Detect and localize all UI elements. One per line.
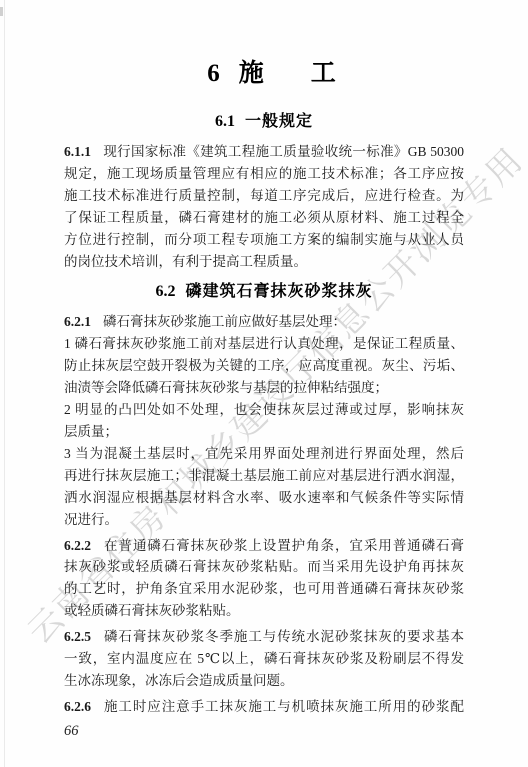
text-line: 抹灰砂浆或轻质磷石膏抹灰砂浆粘贴。而当采用先设护角再抹灰 (64, 556, 464, 578)
clause-number: 6.2.2 (64, 538, 91, 553)
section-title: 一般规定 (245, 113, 313, 130)
line-text: 在普通磷石膏抹灰砂浆上设置护角条，宜采用普通磷石膏 (103, 538, 464, 553)
line-text: 层质量； (64, 424, 118, 439)
chapter-heading: 6施 工 (77, 57, 477, 91)
line-text: 抹灰砂浆或轻质磷石膏抹灰砂浆粘贴。而当采用先设护角再抹灰 (64, 559, 464, 574)
clause-number: 6.2.6 (64, 699, 91, 714)
line-text: 3 当为混凝土基层时，宜先采用界面处理剂进行界面处理，然后 (64, 446, 464, 461)
chapter-title-text: 施 工 (239, 60, 347, 87)
section-number: 6.1 (215, 113, 235, 130)
body-blocks: 6.1一般规定6.1.1现行国家标准《建筑工程施工质量验收统一标准》GB 503… (64, 112, 464, 718)
line-text: 施工技术标准进行质量控制，每道工序完成后，应进行检查。为 (64, 188, 464, 203)
line-text: 磷石膏抹灰砂浆冬季施工与传统水泥砂浆抹灰的要求基本 (103, 629, 464, 644)
text-line: 6.2.2在普通磷石膏抹灰砂浆上设置护角条，宜采用普通磷石膏 (64, 535, 464, 557)
page-number: 66 (64, 720, 464, 742)
line-text: 的工艺时，护角条宜采用水泥砂浆，也可用普通磷石膏抹灰砂浆 (64, 581, 464, 596)
text-line: 3 当为混凝土基层时，宜先采用界面处理剂进行界面处理，然后 (64, 443, 464, 465)
section-heading: 6.2磷建筑石膏抹灰砂浆抹灰 (64, 282, 464, 302)
text-line: 再进行抹灰层施工；非混凝土基层施工前应对基层进行洒水润湿， (64, 465, 464, 487)
text-line: 生冰冻现象，冰冻后会造成质量问题。 (64, 670, 464, 692)
text-line: 6.2.1磷石膏抹灰砂浆施工前应做好基层处理： (64, 311, 464, 333)
text-line: 洒水润湿应根据基层材料含水率、吸水速率和气候条件等实际情 (64, 487, 464, 509)
text-line: 况进行。 (64, 509, 464, 531)
line-text: 1 磷石膏抹灰砂浆施工前对基层进行认真处理，是保证工程质量、 (64, 336, 464, 351)
line-text: 2 明显的凸凹处如不处理，也会使抹灰层过薄或过厚，影响抹灰 (64, 402, 464, 417)
text-line: 或轻质磷石膏抹灰砂浆粘贴。 (64, 600, 464, 622)
text-line: 方位进行控制，而分项工程专项施工方案的编制实施与从业人员 (64, 229, 464, 251)
text-line: 防止抹灰层空鼓开裂极为关键的工序，应高度重视。灰尘、污垢、 (64, 355, 464, 377)
text-line: 6.2.6施工时应注意手工抹灰施工与机喷抹灰施工所用的砂浆配 (64, 696, 464, 718)
line-text: 了保证工程质量，磷石膏建材的施工必须从原材料、施工过程全 (64, 210, 464, 225)
section-number: 6.2 (155, 283, 175, 300)
line-text: 况进行。 (64, 512, 118, 527)
text-line: 6.1.1现行国家标准《建筑工程施工质量验收统一标准》GB 50300 (64, 141, 464, 163)
chapter-number: 6 (207, 60, 220, 87)
page-content: 6施 工 6.1一般规定6.1.1现行国家标准《建筑工程施工质量验收统一标准》G… (64, 0, 464, 742)
scan-corner-mark (0, 7, 3, 16)
line-text: 防止抹灰层空鼓开裂极为关键的工序，应高度重视。灰尘、污垢、 (64, 358, 464, 373)
text-line: 规定，施工现场质量管理应有相应的施工技术标准；各工序应按 (64, 163, 464, 185)
text-line: 的岗位技术培训，有利于提高工程质量。 (64, 251, 464, 273)
text-line: 层质量； (64, 421, 464, 443)
line-text: 规定，施工现场质量管理应有相应的施工技术标准；各工序应按 (64, 166, 464, 181)
text-line: 6.2.5磷石膏抹灰砂浆冬季施工与传统水泥砂浆抹灰的要求基本 (64, 626, 464, 648)
paragraph: 6.2.5磷石膏抹灰砂浆冬季施工与传统水泥砂浆抹灰的要求基本一致，室内温度应在 … (64, 626, 464, 692)
line-text: 的岗位技术培训，有利于提高工程质量。 (64, 254, 307, 269)
section-heading: 6.1一般规定 (64, 112, 464, 132)
line-text: 方位进行控制，而分项工程专项施工方案的编制实施与从业人员 (64, 232, 464, 247)
document-page: 云南省住房和城乡建设厅信息公开浏览专用 6施 工 6.1一般规定6.1.1现行国… (0, 0, 528, 767)
text-line: 2 明显的凸凹处如不处理，也会使抹灰层过薄或过厚，影响抹灰 (64, 399, 464, 421)
section-title: 磷建筑石膏抹灰砂浆抹灰 (185, 283, 372, 300)
text-line: 1 磷石膏抹灰砂浆施工前对基层进行认真处理，是保证工程质量、 (64, 333, 464, 355)
line-text: 施工时应注意手工抹灰施工与机喷抹灰施工所用的砂浆配 (103, 699, 464, 714)
paragraph: 6.2.2在普通磷石膏抹灰砂浆上设置护角条，宜采用普通磷石膏抹灰砂浆或轻质磷石膏… (64, 535, 464, 623)
line-text: 油渍等会降低磷石膏抹灰砂浆与基层的拉伸粘结强度； (64, 380, 388, 395)
text-line: 油渍等会降低磷石膏抹灰砂浆与基层的拉伸粘结强度； (64, 377, 464, 399)
line-text: 生冰冻现象，冰冻后会造成质量问题。 (64, 673, 294, 688)
line-text: 洒水润湿应根据基层材料含水率、吸水速率和气候条件等实际情 (64, 490, 464, 505)
paragraph: 6.2.6施工时应注意手工抹灰施工与机喷抹灰施工所用的砂浆配 (64, 696, 464, 718)
text-line: 一致，室内温度应在 5℃以上，磷石膏抹灰砂浆及粉刷层不得发 (64, 648, 464, 670)
line-text: 现行国家标准《建筑工程施工质量验收统一标准》GB 50300 (103, 144, 464, 159)
scan-edge-line (4, 0, 5, 767)
line-text: 一致，室内温度应在 5℃以上，磷石膏抹灰砂浆及粉刷层不得发 (64, 651, 464, 666)
text-line: 了保证工程质量，磷石膏建材的施工必须从原材料、施工过程全 (64, 207, 464, 229)
clause-number: 6.2.1 (64, 314, 91, 329)
line-text: 再进行抹灰层施工；非混凝土基层施工前应对基层进行洒水润湿， (64, 468, 464, 483)
clause-number: 6.1.1 (64, 144, 91, 159)
text-line: 施工技术标准进行质量控制，每道工序完成后，应进行检查。为 (64, 185, 464, 207)
text-line: 的工艺时，护角条宜采用水泥砂浆，也可用普通磷石膏抹灰砂浆 (64, 578, 464, 600)
line-text: 磷石膏抹灰砂浆施工前应做好基层处理： (103, 314, 346, 329)
clause-number: 6.2.5 (64, 629, 91, 644)
paragraph: 6.1.1现行国家标准《建筑工程施工质量验收统一标准》GB 50300规定，施工… (64, 141, 464, 272)
paragraph: 6.2.1磷石膏抹灰砂浆施工前应做好基层处理：1 磷石膏抹灰砂浆施工前对基层进行… (64, 311, 464, 530)
line-text: 或轻质磷石膏抹灰砂浆粘贴。 (64, 603, 240, 618)
